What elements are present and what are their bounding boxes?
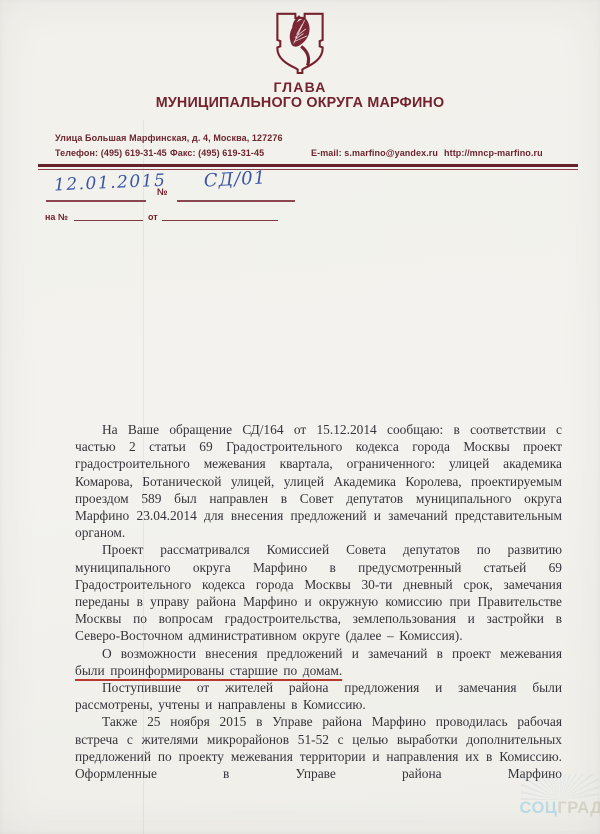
letterhead-rule-thick xyxy=(38,164,578,167)
number-sign-label: № xyxy=(157,187,168,198)
number-underline xyxy=(177,200,295,202)
paragraph-3-pen-underlined-text: были проинформированы старшие по домам. xyxy=(75,663,342,678)
from-date-label: от xyxy=(148,212,158,222)
org-phone: Телефон: (495) 619-31-45 xyxy=(55,148,167,158)
in-reply-to-label: на № xyxy=(45,212,68,222)
handwritten-outgoing-number: СД/01 xyxy=(180,166,291,193)
paragraph-4: Поступившие от жителей района предложени… xyxy=(75,679,562,713)
letter-body: На Ваше обращение СД/164 от 15.12.2014 с… xyxy=(75,421,562,782)
handwritten-date: 12.01.2015 xyxy=(54,171,167,196)
paragraph-5: Также 25 ноября 2015 в Управе района Мар… xyxy=(75,713,562,782)
org-title-glava: ГЛАВА xyxy=(0,79,600,95)
socgrad-watermark: СОЦГРАД xyxy=(518,788,600,828)
date-underline xyxy=(46,200,146,202)
paragraph-3-text: О возможности внесения предложений и зам… xyxy=(102,646,562,661)
org-address: Улица Большая Марфинская, д. 4, Москва, … xyxy=(55,133,283,143)
from-date-line xyxy=(162,220,278,221)
org-email: E-mail: s.marfino@yandex.ru xyxy=(311,148,438,158)
marfino-coat-of-arms-icon xyxy=(271,9,329,79)
watermark-text-blue: СОЦ xyxy=(519,799,557,817)
org-website: http://mncp-marfino.ru xyxy=(444,148,543,158)
paragraph-1: На Ваше обращение СД/164 от 15.12.2014 с… xyxy=(75,421,562,541)
scanned-letter-page: ГЛАВА МУНИЦИПАЛЬНОГО ОКРУГА МАРФИНО Улиц… xyxy=(0,0,600,834)
org-title-municipal-district: МУНИЦИПАЛЬНОГО ОКРУГА МАРФИНО xyxy=(0,95,600,111)
paragraph-3: О возможности внесения предложений и зам… xyxy=(75,645,562,679)
org-fax: Факс: (495) 619-31-45 xyxy=(170,148,264,158)
letterhead-rule-thin xyxy=(38,169,578,170)
paragraph-2: Проект рассматривался Комиссией Совета д… xyxy=(75,541,562,644)
watermark-text-gray: ГРАД xyxy=(557,799,600,817)
in-reply-to-line xyxy=(74,220,143,221)
